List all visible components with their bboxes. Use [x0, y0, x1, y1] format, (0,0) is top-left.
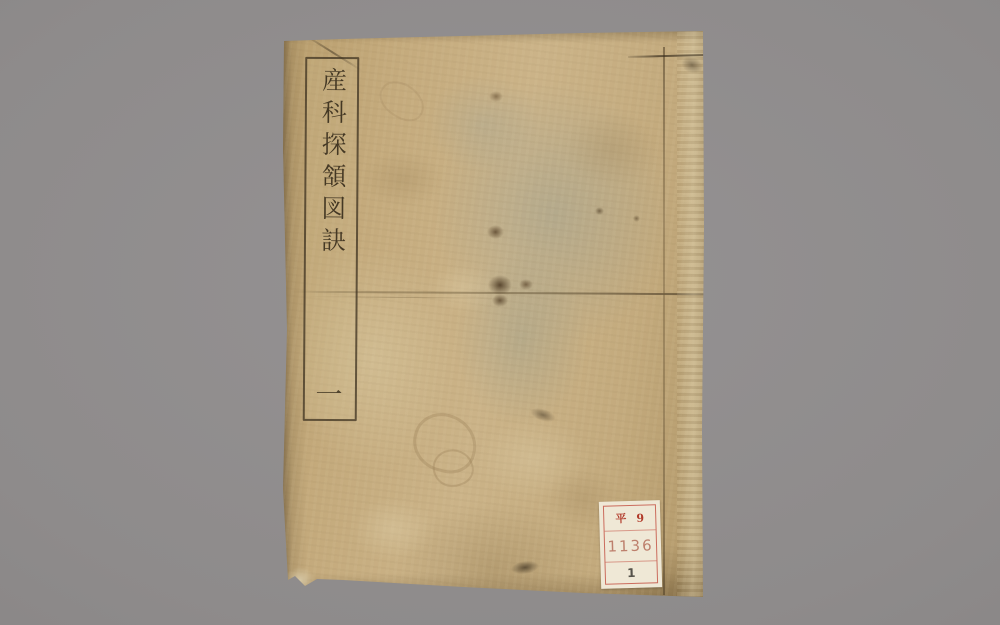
photo-background: 産科探頷図訣 一 平 9 1136 1 [0, 0, 1000, 625]
ink-stain [489, 91, 503, 102]
title-slip-text: 産科探頷図訣 [309, 67, 350, 282]
ink-smudge [510, 559, 540, 576]
label-volume-number: 1 [605, 561, 657, 583]
ink-stain [488, 275, 512, 295]
ink-speck [595, 207, 604, 215]
volume-marker: 一 [308, 373, 350, 412]
ink-stain [487, 225, 504, 239]
torn-corner [285, 567, 315, 593]
label-stamp-row: 平 9 [604, 505, 656, 531]
binding-fold-line [663, 47, 665, 595]
label-stamp-left: 平 [615, 510, 626, 526]
ink-stain [492, 294, 508, 307]
ink-stain [519, 279, 533, 290]
ink-speck [633, 215, 640, 222]
label-stamp-right: 9 [636, 511, 644, 524]
library-label: 平 9 1136 1 [599, 500, 662, 589]
ink-smudge [529, 405, 557, 424]
right-page-edge [677, 29, 704, 599]
label-call-number: 1136 [605, 530, 657, 562]
library-label-border: 平 9 1136 1 [603, 504, 658, 584]
book-cover: 産科探頷図訣 一 平 9 1136 1 [283, 29, 704, 599]
embossed-scroll-pattern [373, 74, 432, 127]
